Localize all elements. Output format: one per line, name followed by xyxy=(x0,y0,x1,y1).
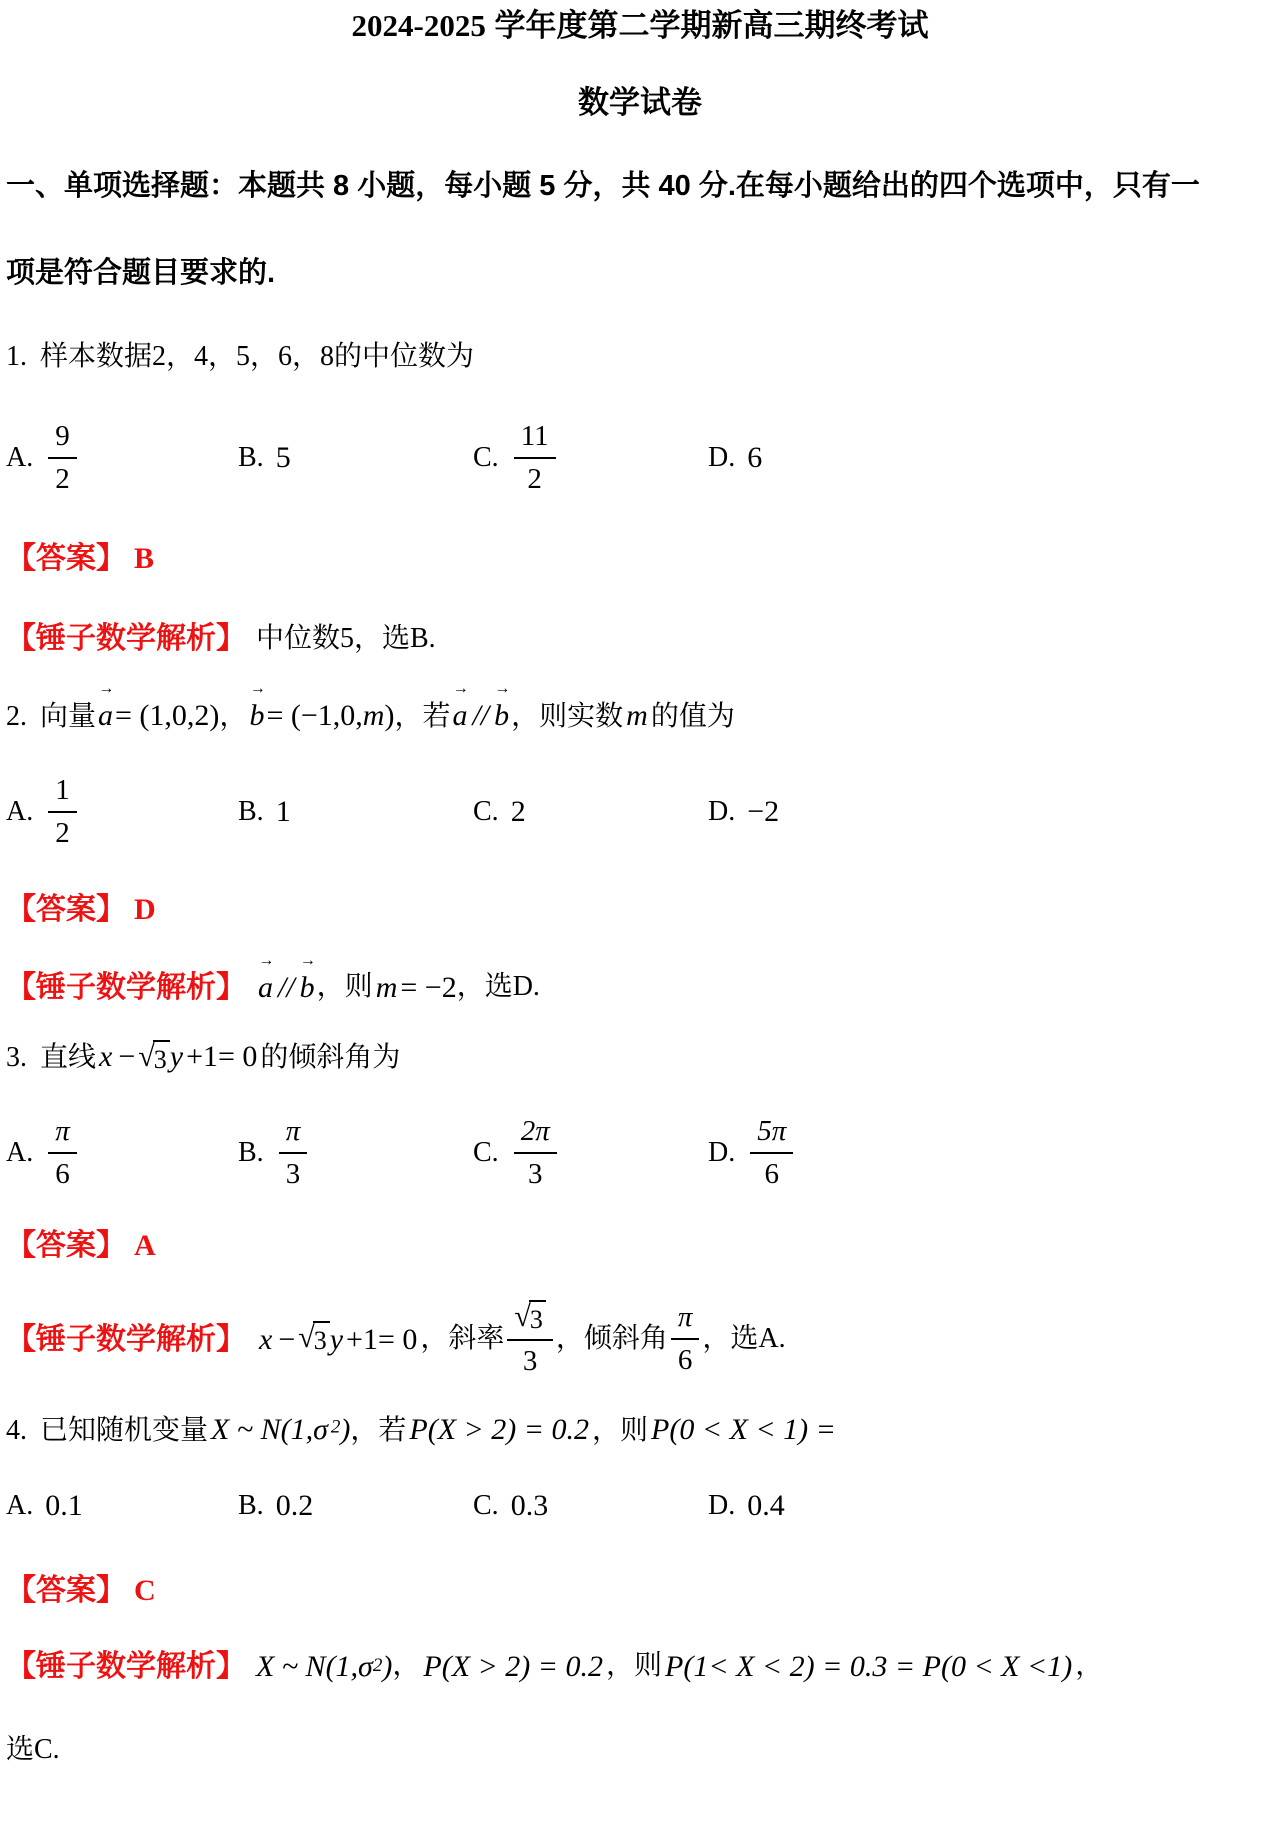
analysis-text: 中位数5，选B. xyxy=(256,621,436,657)
math-run: ) xyxy=(382,1647,392,1686)
analysis-text: ，选D. xyxy=(457,969,540,1005)
fraction-numerator: 11 xyxy=(514,420,556,459)
doc-title-year: 2024-2025 xyxy=(352,8,486,43)
sqrt-expression: √3 xyxy=(514,1300,545,1335)
question-4-option-a: A. 0.1 xyxy=(6,1489,238,1523)
math-run: P(1< X < 2) = 0.3 = P(0 < X <1) xyxy=(665,1647,1072,1686)
answer-label: 【答案】 xyxy=(6,1229,126,1262)
section-heading-line2: 项是符合题目要求的. xyxy=(6,255,1274,293)
math-run: X ~ N(1,σ xyxy=(211,1413,328,1446)
analysis-text: ， xyxy=(392,1648,420,1684)
question-4-number: 4. xyxy=(6,1415,27,1446)
fraction-denominator: 3 xyxy=(507,1341,552,1378)
question-3-option-d: D. 5π6 xyxy=(708,1115,1274,1192)
separator: ， xyxy=(219,701,247,732)
math-run: X ~ N(1,σ xyxy=(256,1647,373,1686)
fraction-numerator: 2π xyxy=(514,1115,557,1154)
math-run: +1= 0 xyxy=(346,1320,417,1359)
fraction-denominator: 3 xyxy=(514,1154,557,1191)
question-3-option-c: C. 2π3 xyxy=(473,1115,708,1192)
option-label: C. xyxy=(473,1137,499,1169)
question-2-option-d: D. −2 xyxy=(708,795,1274,829)
option-label: B. xyxy=(238,1490,264,1522)
vector-letter: a xyxy=(452,699,467,732)
math-var: x xyxy=(99,1040,112,1073)
question-3-number: 3. xyxy=(6,1042,27,1073)
answer-letter: C xyxy=(134,1574,156,1607)
option-label: C. xyxy=(473,1490,499,1522)
math-run: ) xyxy=(384,699,394,732)
fraction: 92 xyxy=(48,420,77,497)
fraction: √33 xyxy=(507,1300,552,1379)
question-3-stem: 3.直线x−√3y+1= 0的倾斜角为 xyxy=(6,1037,1274,1078)
parallel-sign: // xyxy=(472,699,489,732)
math-run: = (1,0,2) xyxy=(115,699,219,732)
radicand: 3 xyxy=(153,1040,170,1075)
sqrt-expression: √3 xyxy=(298,1321,329,1356)
question-3-answer: 【答案】A xyxy=(6,1228,1274,1264)
option-label: C. xyxy=(473,796,499,828)
answer-letter: D xyxy=(134,893,156,926)
superscript: 2 xyxy=(373,1654,383,1679)
question-1-option-a: A. 92 xyxy=(6,420,238,497)
question-1-option-b: B. 5 xyxy=(238,441,473,475)
question-4-answer: 【答案】C xyxy=(6,1573,1274,1609)
parallel-sign: // xyxy=(278,968,295,1007)
fraction-denominator: 6 xyxy=(750,1154,793,1191)
option-value: 0.4 xyxy=(747,1489,785,1523)
vector-arrow-icon: → xyxy=(258,953,274,969)
answer-label: 【答案】 xyxy=(6,893,126,926)
question-3-option-a: A. π6 xyxy=(6,1115,238,1192)
fraction-numerator: π xyxy=(671,1301,700,1340)
math-run: P(X > 2) = 0.2 xyxy=(423,1647,603,1686)
question-4-analysis-line1: 【锤子数学解析】X ~ N(1,σ2)， P(X > 2) = 0.2，则P(1… xyxy=(6,1647,1274,1686)
question-4-stem: 4.已知随机变量X ~ N(1,σ2)，若P(X > 2) = 0.2，则P(0… xyxy=(6,1410,1274,1451)
math-run: P(0 < X < 1) = xyxy=(651,1413,836,1446)
question-4-options: A. 0.1 B. 0.2 C. 0.3 D. 0.4 xyxy=(6,1489,1274,1523)
minus-sign: − xyxy=(118,1040,135,1073)
option-label: D. xyxy=(708,442,735,474)
analysis-label: 【锤子数学解析】 xyxy=(6,619,246,658)
question-2-text: 向量 xyxy=(40,701,96,732)
doc-title: 2024-2025 学年度第二学期新高三期终考试 xyxy=(6,7,1274,46)
math-run: +1= 0 xyxy=(186,1040,257,1073)
vector-letter: a xyxy=(258,971,273,1004)
question-2-stem: 2.向量→a= (1,0,2)，→b= (−1,0,m)，若→a//→b，则实数… xyxy=(6,681,1274,737)
question-2-text: 的值为 xyxy=(651,701,735,732)
question-2-options: A. 12 B. 1 C. 2 D. −2 xyxy=(6,774,1274,851)
vector-b: →b xyxy=(492,696,511,737)
question-2-text: ，则实数 xyxy=(511,701,623,732)
math-var: m xyxy=(363,699,385,732)
vector-arrow-icon: → xyxy=(453,681,469,697)
section-heading-line1: 一、单项选择题：本题共 8 小题，每小题 5 分，共 40 分.在每小题给出的四… xyxy=(6,168,1274,206)
minus-sign: − xyxy=(278,1320,295,1359)
question-3-text: 直线 xyxy=(40,1042,96,1073)
option-value: 1 xyxy=(276,795,291,829)
analysis-text: ，倾斜角 xyxy=(556,1321,668,1357)
question-2-analysis: 【锤子数学解析】→a//→b，则m= −2，选D. xyxy=(6,953,1274,1007)
question-3-analysis: 【锤子数学解析】x−√3y+1= 0，斜率√33，倾斜角π6，选A. xyxy=(6,1300,1274,1379)
doc-subtitle: 数学试卷 xyxy=(6,84,1274,123)
math-var: y xyxy=(330,1320,343,1359)
fraction-denominator: 3 xyxy=(279,1154,308,1191)
question-3-options: A. π6 B. π3 C. 2π3 D. 5π6 xyxy=(6,1115,1274,1192)
question-4-text: ，则 xyxy=(592,1415,648,1446)
math-run: ) xyxy=(340,1413,350,1446)
question-1-analysis: 【锤子数学解析】中位数5，选B. xyxy=(6,619,1274,658)
option-value: 0.2 xyxy=(276,1489,314,1523)
fraction-denominator: 2 xyxy=(48,459,77,496)
question-2-option-c: C. 2 xyxy=(473,795,708,829)
fraction: π3 xyxy=(279,1115,308,1192)
option-value: 5 xyxy=(276,441,291,475)
math-var: x xyxy=(259,1320,272,1359)
answer-label: 【答案】 xyxy=(6,1574,126,1607)
question-1-option-d: D. 6 xyxy=(708,441,1274,475)
fraction-numerator: π xyxy=(279,1115,308,1154)
option-label: A. xyxy=(6,1137,33,1169)
fraction-numerator: 5π xyxy=(750,1115,793,1154)
question-2-answer: 【答案】D xyxy=(6,892,1274,928)
question-2-text: ，若 xyxy=(394,701,450,732)
question-3-text: 的倾斜角为 xyxy=(260,1042,400,1073)
math-run: P(X > 2) = 0.2 xyxy=(409,1413,589,1446)
option-value: 0.3 xyxy=(511,1489,549,1523)
vector-a: →a xyxy=(96,696,115,737)
question-1-text: 样本数据2，4，5，6，8的中位数为 xyxy=(40,341,474,372)
question-1-number: 1. xyxy=(6,341,27,372)
analysis-text: ，则 xyxy=(317,969,373,1005)
fraction: π6 xyxy=(48,1115,77,1192)
question-2-number: 2. xyxy=(6,701,27,732)
option-label: B. xyxy=(238,442,264,474)
question-4-analysis-line2: 选C. xyxy=(6,1731,1274,1769)
question-3-option-b: B. π3 xyxy=(238,1115,473,1192)
analysis-text: 选C. xyxy=(6,1734,60,1765)
analysis-text: ，则 xyxy=(606,1648,662,1684)
answer-letter: B xyxy=(134,542,154,575)
option-label: D. xyxy=(708,1490,735,1522)
question-4-option-c: C. 0.3 xyxy=(473,1489,708,1523)
option-label: C. xyxy=(473,442,499,474)
fraction-numerator: √3 xyxy=(507,1300,552,1341)
vector-arrow-icon: → xyxy=(494,681,510,697)
fraction-denominator: 6 xyxy=(671,1340,700,1377)
question-1-stem: 1.样本数据2，4，5，6，8的中位数为 xyxy=(6,338,1274,376)
vector-letter: a xyxy=(98,699,113,732)
vector-a: →a xyxy=(256,968,275,1007)
math-var: m xyxy=(626,699,648,732)
option-value: −2 xyxy=(747,795,779,829)
vector-arrow-icon: → xyxy=(250,681,266,697)
option-label: A. xyxy=(6,442,33,474)
question-1-options: A. 92 B. 5 C. 112 D. 6 xyxy=(6,420,1274,497)
math-run: = −2 xyxy=(400,968,456,1007)
option-value: 2 xyxy=(511,795,526,829)
analysis-text: ， xyxy=(1075,1648,1103,1684)
question-1-answer: 【答案】B xyxy=(6,541,1274,577)
fraction-numerator: 9 xyxy=(48,420,77,459)
fraction: 5π6 xyxy=(750,1115,793,1192)
option-label: A. xyxy=(6,1490,33,1522)
answer-letter: A xyxy=(134,1229,156,1262)
option-value: 6 xyxy=(747,441,762,475)
analysis-text: ，斜率 xyxy=(420,1321,504,1357)
superscript: 2 xyxy=(331,1417,341,1438)
fraction-denominator: 2 xyxy=(48,813,77,850)
question-4-option-b: B. 0.2 xyxy=(238,1489,473,1523)
option-label: B. xyxy=(238,796,264,828)
question-4-text: ，若 xyxy=(350,1415,406,1446)
fraction-numerator: π xyxy=(48,1115,77,1154)
vector-b: →b xyxy=(247,696,266,737)
fraction: 112 xyxy=(514,420,556,497)
question-2-option-b: B. 1 xyxy=(238,795,473,829)
fraction: 2π3 xyxy=(514,1115,557,1192)
math-var: y xyxy=(170,1040,183,1073)
option-label: A. xyxy=(6,796,33,828)
radicand: 3 xyxy=(529,1300,546,1335)
fraction-denominator: 2 xyxy=(514,459,556,496)
option-label: B. xyxy=(238,1137,264,1169)
vector-arrow-icon: → xyxy=(98,681,114,697)
sqrt-expression: √3 xyxy=(138,1040,169,1075)
question-4-option-d: D. 0.4 xyxy=(708,1489,1274,1523)
analysis-label: 【锤子数学解析】 xyxy=(6,1647,246,1686)
vector-arrow-icon: → xyxy=(300,953,316,969)
doc-title-text: 学年度第二学期新高三期终考试 xyxy=(486,8,929,43)
vector-letter: b xyxy=(249,699,264,732)
question-1-option-c: C. 112 xyxy=(473,420,708,497)
vector-a: →a xyxy=(450,696,469,737)
answer-label: 【答案】 xyxy=(6,542,126,575)
option-label: D. xyxy=(708,1137,735,1169)
fraction: 12 xyxy=(48,774,77,851)
vector-letter: b xyxy=(300,971,315,1004)
vector-letter: b xyxy=(494,699,509,732)
question-4-text: 已知随机变量 xyxy=(40,1415,208,1446)
vector-b: →b xyxy=(298,968,317,1007)
analysis-text: ，选A. xyxy=(702,1321,785,1357)
radicand: 3 xyxy=(313,1321,330,1356)
fraction-denominator: 6 xyxy=(48,1154,77,1191)
analysis-label: 【锤子数学解析】 xyxy=(6,968,246,1007)
math-var: m xyxy=(376,968,398,1007)
exam-page: 2024-2025 学年度第二学期新高三期终考试 数学试卷 一、单项选择题：本题… xyxy=(0,7,1280,1769)
question-2-option-a: A. 12 xyxy=(6,774,238,851)
analysis-label: 【锤子数学解析】 xyxy=(6,1320,246,1359)
fraction-numerator: 1 xyxy=(48,774,77,813)
option-label: D. xyxy=(708,796,735,828)
option-value: 0.1 xyxy=(45,1489,83,1523)
math-run: = (−1,0, xyxy=(266,699,362,732)
fraction: π6 xyxy=(671,1301,700,1378)
